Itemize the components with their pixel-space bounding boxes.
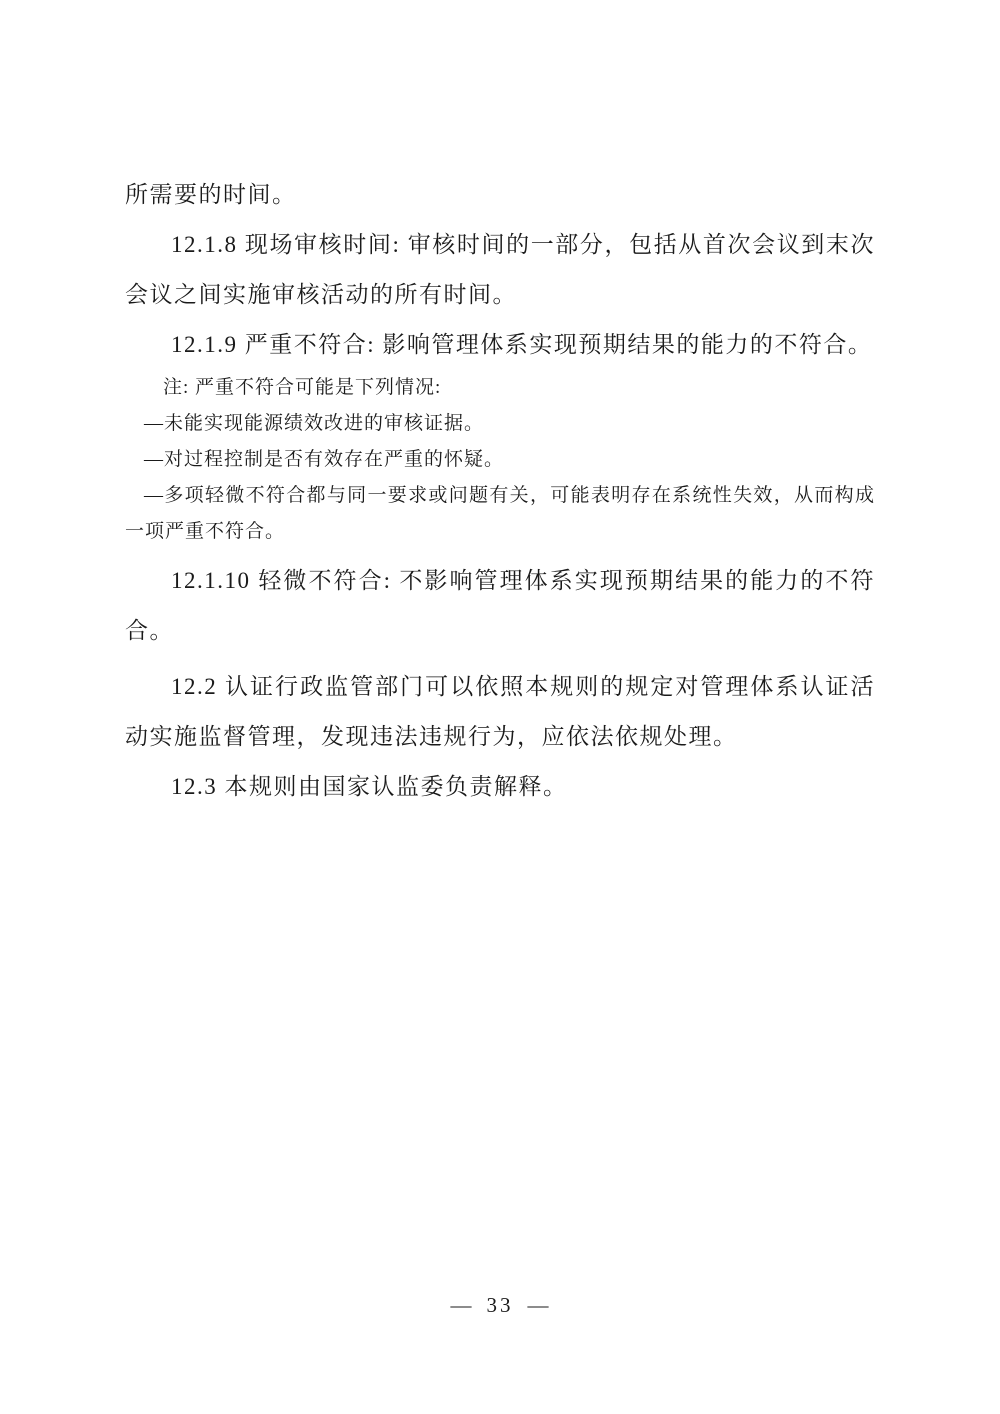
clause-12-1-10: 12.1.10 轻微不符合: 不影响管理体系实现预期结果的能力的不符合。 [125, 556, 875, 656]
clause-12-3: 12.3 本规则由国家认监委负责解释。 [125, 762, 875, 812]
note-heading: 注: 严重不符合可能是下列情况: [125, 370, 875, 406]
clause-12-1-9: 12.1.9 严重不符合: 影响管理体系实现预期结果的能力的不符合。 [125, 320, 875, 370]
footer-left-dash: — [451, 1290, 473, 1320]
page-number: 33 [487, 1290, 514, 1320]
note-item-3: —多项轻微不符合都与同一要求或问题有关，可能表明存在系统性失效，从而构成一项严重… [125, 478, 875, 550]
document-page: 所需要的时间。 12.1.8 现场审核时间: 审核时间的一部分，包括从首次会议到… [0, 0, 1000, 1414]
note-item-2: —对过程控制是否有效存在严重的怀疑。 [125, 442, 875, 478]
footer-right-dash: — [528, 1290, 550, 1320]
clause-12-1-8: 12.1.8 现场审核时间: 审核时间的一部分，包括从首次会议到末次会议之间实施… [125, 220, 875, 320]
page-footer: —33— [0, 1290, 1000, 1320]
note-item-1: —未能实现能源绩效改进的审核证据。 [125, 406, 875, 442]
continuation-paragraph: 所需要的时间。 [125, 170, 875, 220]
document-body: 所需要的时间。 12.1.8 现场审核时间: 审核时间的一部分，包括从首次会议到… [125, 170, 875, 812]
clause-12-2: 12.2 认证行政监管部门可以依照本规则的规定对管理体系认证活动实施监督管理，发… [125, 662, 875, 762]
